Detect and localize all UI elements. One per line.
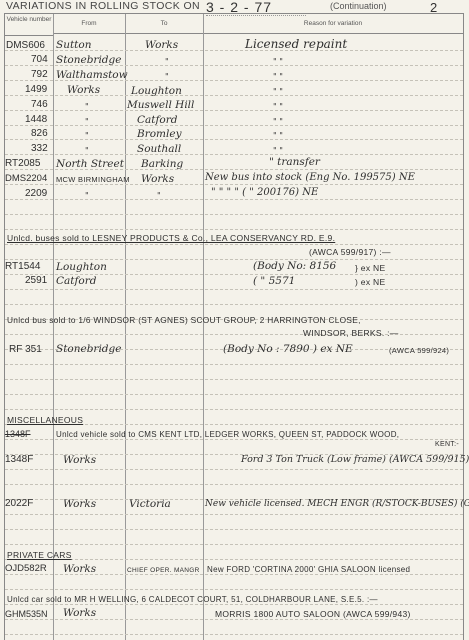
vehicle-number: GHM535N — [5, 608, 48, 620]
ruled-line — [5, 214, 463, 215]
reason: (Body No : 7890 ) ex NE — [223, 343, 353, 355]
section-heading: MISCELLANEOUS — [7, 414, 83, 426]
ruled-line — [5, 364, 463, 365]
from-location: North Street — [56, 158, 124, 170]
section-heading: PRIVATE CARS — [7, 549, 72, 561]
to-location: Catford — [137, 114, 177, 126]
ruled-line — [5, 110, 463, 111]
ruled-line — [5, 379, 463, 380]
col-divider — [125, 14, 126, 640]
reason: Licensed repaint — [245, 38, 347, 50]
form-title: VARIATIONS IN ROLLING STOCK ON — [6, 0, 200, 12]
col-header-from: From — [53, 14, 125, 34]
reason: Ford 3 Ton Truck (Low frame) (AWCA 599/9… — [241, 454, 469, 466]
to-location: Works — [145, 39, 178, 51]
reason: MORRIS 1800 AUTO SALOON (AWCA 599/943) — [215, 608, 411, 620]
note: ) ex NE — [355, 276, 385, 288]
section-heading: Unlcd. buses sold to LESNEY PRODUCTS & C… — [7, 232, 335, 244]
from-location: Sutton — [56, 39, 91, 51]
to-location: Works — [141, 173, 174, 185]
from-location: Walthamstow — [56, 69, 128, 81]
vehicle-number: 2022F — [5, 498, 33, 510]
ruled-line — [5, 289, 463, 290]
reason: New vehicle licensed. MECH ENGR (R/STOCK… — [205, 498, 469, 510]
vehicle-number: 2209 — [25, 188, 47, 200]
ruled-line — [5, 125, 463, 126]
vehicle-number: 1448 — [25, 114, 47, 126]
ruled-line — [5, 259, 463, 260]
note: (AWCA 599/924) — [389, 345, 449, 357]
ruled-line — [5, 244, 463, 245]
ruled-line — [5, 529, 463, 530]
ruled-line — [5, 589, 463, 590]
reason: " " — [273, 130, 283, 142]
ruled-line — [5, 469, 463, 470]
reason: " " — [273, 86, 283, 98]
vehicle-number: 332 — [31, 143, 48, 155]
reason: " " — [273, 101, 283, 113]
ruled-line — [5, 559, 463, 560]
to-location: " — [165, 71, 169, 83]
ruled-line — [5, 409, 463, 410]
reason: " " — [273, 71, 283, 83]
section-subheading: WINDSOR, BERKS. :— — [303, 327, 399, 339]
to-location: " — [165, 56, 169, 68]
sale-line-cont: KENT:- — [435, 439, 459, 451]
ruled-line — [5, 484, 463, 485]
vehicle-number: 2591 — [25, 275, 47, 287]
from-location: Stonebridge — [56, 343, 121, 355]
ruled-line — [5, 229, 463, 230]
reason: " transfer — [269, 156, 320, 168]
to-location: CHIEF OPER. MANGR — [127, 565, 200, 577]
from-location: Loughton — [56, 261, 107, 273]
section-subheading: (AWCA 599/917) :— — [309, 246, 391, 258]
from-location: " — [85, 116, 89, 128]
note: } ex NE — [355, 262, 385, 274]
ledger-sheet: Vehicle number From To Reason for variat… — [4, 13, 464, 640]
from-location: Catford — [56, 275, 96, 287]
vehicle-number-struck: 1348F — [5, 428, 31, 440]
from-location: " — [85, 190, 89, 202]
from-location: Works — [63, 454, 96, 466]
section-heading: Unlcd bus sold to 1/6 WINDSOR (ST AGNES)… — [7, 314, 361, 326]
to-location: Muswell Hill — [127, 99, 194, 111]
ruled-line — [5, 514, 463, 515]
from-location: Works — [63, 498, 96, 510]
sale-line: Unlcd vehicle sold to CMS KENT LTD, LEDG… — [56, 429, 399, 441]
from-location: " — [85, 145, 89, 157]
vehicle-number: DMS2204 — [5, 173, 47, 185]
col-divider — [53, 14, 54, 640]
vehicle-number: 792 — [31, 69, 48, 81]
from-location: Works — [67, 84, 100, 96]
ruled-line — [5, 304, 463, 305]
from-location: " — [85, 130, 89, 142]
reason: New bus into stock (Eng No. 199575) NE — [205, 172, 415, 184]
sale-line: Unlcd car sold to MR H WELLING, 6 CALDEC… — [7, 594, 378, 606]
to-location: Barking — [141, 158, 183, 170]
vehicle-number: 1499 — [25, 84, 47, 96]
to-location: Bromley — [137, 128, 182, 140]
reason: (Body No: 8156 — [253, 260, 336, 272]
ruled-line — [5, 544, 463, 545]
col-divider — [203, 14, 204, 640]
to-location: Loughton — [131, 85, 182, 97]
reason: " " — [273, 56, 283, 68]
reason: ( " 5571 — [253, 275, 295, 287]
to-location: Victoria — [129, 498, 171, 510]
reason: New FORD 'CORTINA 2000' GHIA SALOON lice… — [207, 564, 410, 576]
vehicle-number: RT2085 — [5, 158, 40, 170]
col-header-reason: Reason for variation — [203, 14, 463, 34]
ruled-line — [5, 199, 463, 200]
from-location: MCW BIRMINGHAM — [56, 174, 130, 186]
vehicle-number: 1348F — [5, 454, 33, 466]
reason: " " — [273, 116, 283, 128]
ruled-line — [5, 139, 463, 140]
continuation-label: (Continuation) — [330, 1, 387, 11]
from-location: " — [85, 101, 89, 113]
vehicle-number: DMS606 — [6, 40, 45, 52]
col-header-to: To — [125, 14, 203, 34]
vehicle-number: 746 — [31, 99, 48, 111]
reason: " " " " ( " 200176) NE — [211, 187, 318, 199]
ruled-line — [5, 154, 463, 155]
to-location: Southall — [137, 143, 181, 155]
to-location: " — [157, 190, 161, 202]
vehicle-number: OJD582R — [5, 563, 47, 575]
vehicle-number: 704 — [31, 54, 48, 66]
from-location: Works — [63, 607, 96, 619]
from-location: Stonebridge — [56, 54, 121, 66]
vehicle-number: RT1544 — [5, 261, 40, 273]
from-location: Works — [63, 563, 96, 575]
ruled-line — [5, 394, 463, 395]
vehicle-number: RF 351 — [9, 344, 42, 356]
col-header-vehicle: Vehicle number — [5, 14, 53, 36]
vehicle-number: 826 — [31, 128, 48, 140]
ruled-line — [5, 634, 463, 635]
